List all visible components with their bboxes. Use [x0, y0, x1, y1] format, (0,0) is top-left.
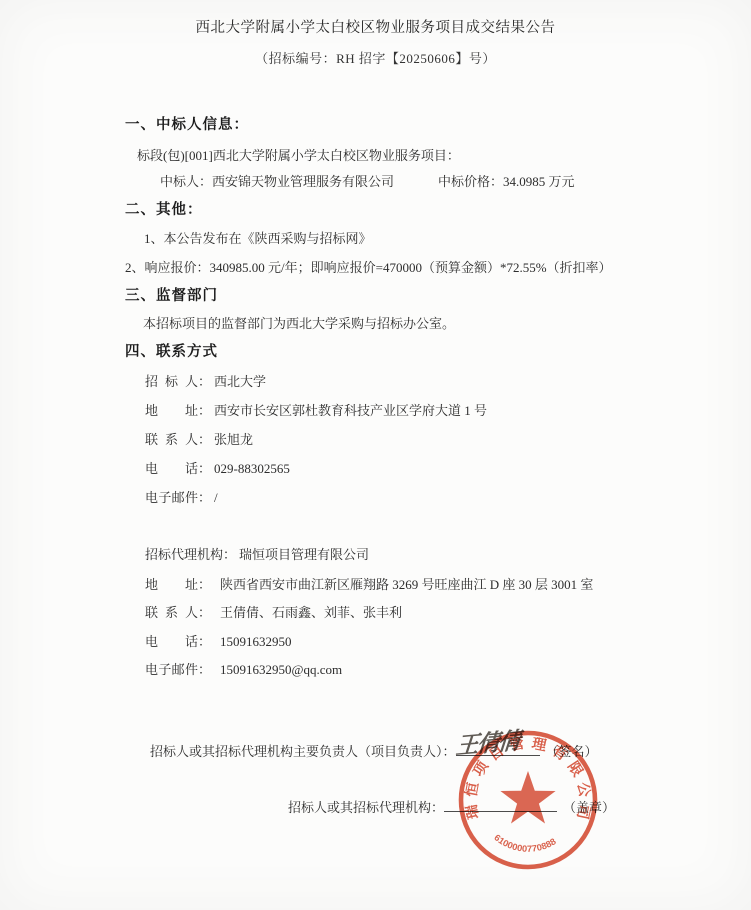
contact-row-contact-person: 联系人：张旭龙	[145, 429, 253, 448]
section-4-heading: 四、联系方式	[125, 340, 218, 361]
agency-name: 瑞恒项目管理有限公司	[239, 544, 369, 563]
supervision-text: 本招标项目的监督部门为西北大学采购与招标办公室。	[143, 313, 455, 332]
field-colon: ：	[198, 574, 211, 593]
sign-line-1-label: 招标人或其招标代理机构主要负责人（项目负责人）：	[150, 741, 456, 760]
sign-line-agency-stamp: 招标人或其招标代理机构：（盖章）	[288, 797, 615, 816]
sign-line-2-label: 招标人或其招标代理机构：	[288, 797, 444, 816]
field-value: 陕西省西安市曲江新区雁翔路 3269 号旺座曲江 D 座 30 层 3001 室	[220, 574, 593, 593]
lot-line: 标段(包)[001]西北大学附属小学太白校区物业服务项目：	[137, 145, 460, 164]
winner-name: 中标人：西安锦天物业管理服务有限公司	[160, 174, 394, 189]
field-value: 张旭龙	[214, 429, 253, 448]
field-value: /	[214, 490, 218, 506]
stamp-underline	[444, 798, 557, 812]
signature-handwriting: 王倩倩	[454, 722, 520, 761]
agency-row-contact-person: 联系人：王倩倩、石雨鑫、刘菲、张丰利	[145, 602, 402, 621]
contact-row-address: 地址：西安市长安区郭杜教育科技产业区学府大道 1 号	[145, 400, 487, 419]
agency-row-email: 电子邮件：15091632950@qq.com	[145, 659, 342, 678]
field-value: 西北大学	[214, 371, 266, 390]
section-3-heading: 三、监督部门	[125, 284, 218, 305]
svg-text:6100000770888: 6100000770888	[492, 832, 557, 854]
contact-row-phone: 电话：029-88302565	[145, 458, 290, 477]
field-colon: ：	[198, 659, 211, 678]
scanned-document-page: 西北大学附属小学太白校区物业服务项目成交结果公告 （招标编号：RH 招字【202…	[0, 0, 751, 910]
winner-price: 中标价格：34.0985 万元	[438, 174, 575, 189]
agency-row-phone: 电话：15091632950	[145, 631, 292, 650]
field-label: 地址	[145, 574, 198, 593]
field-label: 招标代理机构	[145, 544, 223, 563]
agency-title-row: 招标代理机构：瑞恒项目管理有限公司	[145, 544, 369, 563]
field-value: 15091632950@qq.com	[220, 662, 342, 678]
field-label: 联系人	[145, 429, 198, 448]
field-colon: ：	[223, 544, 236, 563]
field-value: 西安市长安区郭杜教育科技产业区学府大道 1 号	[214, 400, 487, 419]
contact-row-tenderer: 招标人：西北大学	[145, 371, 266, 390]
sign-line-responsible-person: 招标人或其招标代理机构主要负责人（项目负责人）：王倩倩（签名）	[150, 741, 598, 760]
field-colon: ：	[198, 602, 211, 621]
field-colon: ：	[198, 487, 211, 506]
seal-registration-number: 6100000770888	[492, 832, 557, 854]
field-label: 电话	[145, 631, 198, 650]
section-1-heading: 一、中标人信息：	[125, 113, 249, 134]
field-colon: ：	[198, 429, 211, 448]
field-value: 王倩倩、石雨鑫、刘菲、张丰利	[220, 602, 402, 621]
field-label: 联系人	[145, 602, 198, 621]
sign-suffix: （签名）	[546, 741, 598, 760]
notice-item-2: 2、响应报价：340985.00 元/年；即响应报价=470000（预算金额）*…	[125, 257, 612, 276]
field-value: 029-88302565	[214, 461, 290, 477]
field-label: 电子邮件	[145, 487, 198, 506]
tender-reference-number: （招标编号：RH 招字【20250606】号）	[0, 48, 751, 67]
field-colon: ：	[198, 371, 211, 390]
field-label: 招标人	[145, 371, 198, 390]
stamp-suffix: （盖章）	[563, 797, 615, 816]
contact-row-email: 电子邮件：/	[145, 487, 218, 506]
field-label: 电话	[145, 458, 198, 477]
field-value: 15091632950	[220, 634, 292, 650]
winner-line: 中标人：西安锦天物业管理服务有限公司中标价格：34.0985 万元	[160, 171, 575, 190]
field-colon: ：	[198, 400, 211, 419]
field-colon: ：	[198, 458, 211, 477]
field-label: 电子邮件	[145, 659, 198, 678]
page-title: 西北大学附属小学太白校区物业服务项目成交结果公告	[0, 16, 751, 37]
signature-underline: 王倩倩	[456, 742, 540, 756]
notice-item-1: 1、本公告发布在《陕西采购与招标网》	[144, 228, 372, 247]
agency-row-address: 地址：陕西省西安市曲江新区雁翔路 3269 号旺座曲江 D 座 30 层 300…	[145, 574, 593, 593]
section-2-heading: 二、其他：	[125, 198, 203, 219]
field-label: 地址	[145, 400, 198, 419]
field-colon: ：	[198, 631, 211, 650]
